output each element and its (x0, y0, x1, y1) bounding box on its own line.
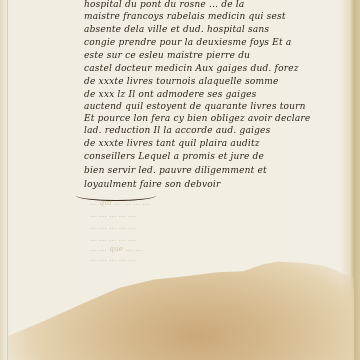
text-line: de xxxte livres tournois alaquelle somme (84, 77, 279, 87)
text-line: conseillers Lequel a promis et jure de (84, 152, 264, 162)
bleed-through-line: ... ... ... ... ... (90, 222, 135, 231)
water-damage-stain (8, 240, 354, 360)
text-line: de xxxte livres tant quil plaira auditz (84, 139, 260, 149)
text-line: de xxx lz Il ont admodere ses gaiges (84, 90, 257, 100)
text-line: bien servir led. pauvre diligemment et (84, 166, 267, 176)
text-line: Et pource lon fera cy bien obligez avoir… (84, 114, 310, 124)
bleed-through-line: ... ... que ... ... (90, 244, 142, 253)
text-line: loyaulment faire son debvoir (84, 180, 220, 190)
text-line: absente dela ville et dud. hospital sans (84, 25, 269, 35)
text-line: lad. reduction Il la accorde aud. gaiges (84, 126, 270, 136)
bleed-through-line: ... ... ... ... ... (90, 234, 135, 243)
text-line: congie prendre pour la deuxiesme foys Et… (84, 38, 291, 48)
bleed-through-line: ... ... ... ... ... (90, 254, 135, 263)
bleed-through-line: ... ... ... ... ... (90, 210, 135, 219)
text-line: hospital du pont du rosne ... de la (84, 0, 244, 10)
text-line: castel docteur medicin Aux gaiges dud. f… (84, 64, 299, 74)
text-line: este sur ce esleu maistre pierre du (84, 51, 250, 61)
page-gutter (7, 0, 8, 360)
text-line: auctend quil estoyent de quarante livres… (84, 102, 306, 112)
bleed-through-line: ... qui ... ... ... ... (90, 198, 150, 207)
manuscript-page: hospital du pont du rosne ... de la mais… (0, 0, 360, 360)
text-line: maistre francoys rabelais medicin qui se… (84, 12, 286, 22)
